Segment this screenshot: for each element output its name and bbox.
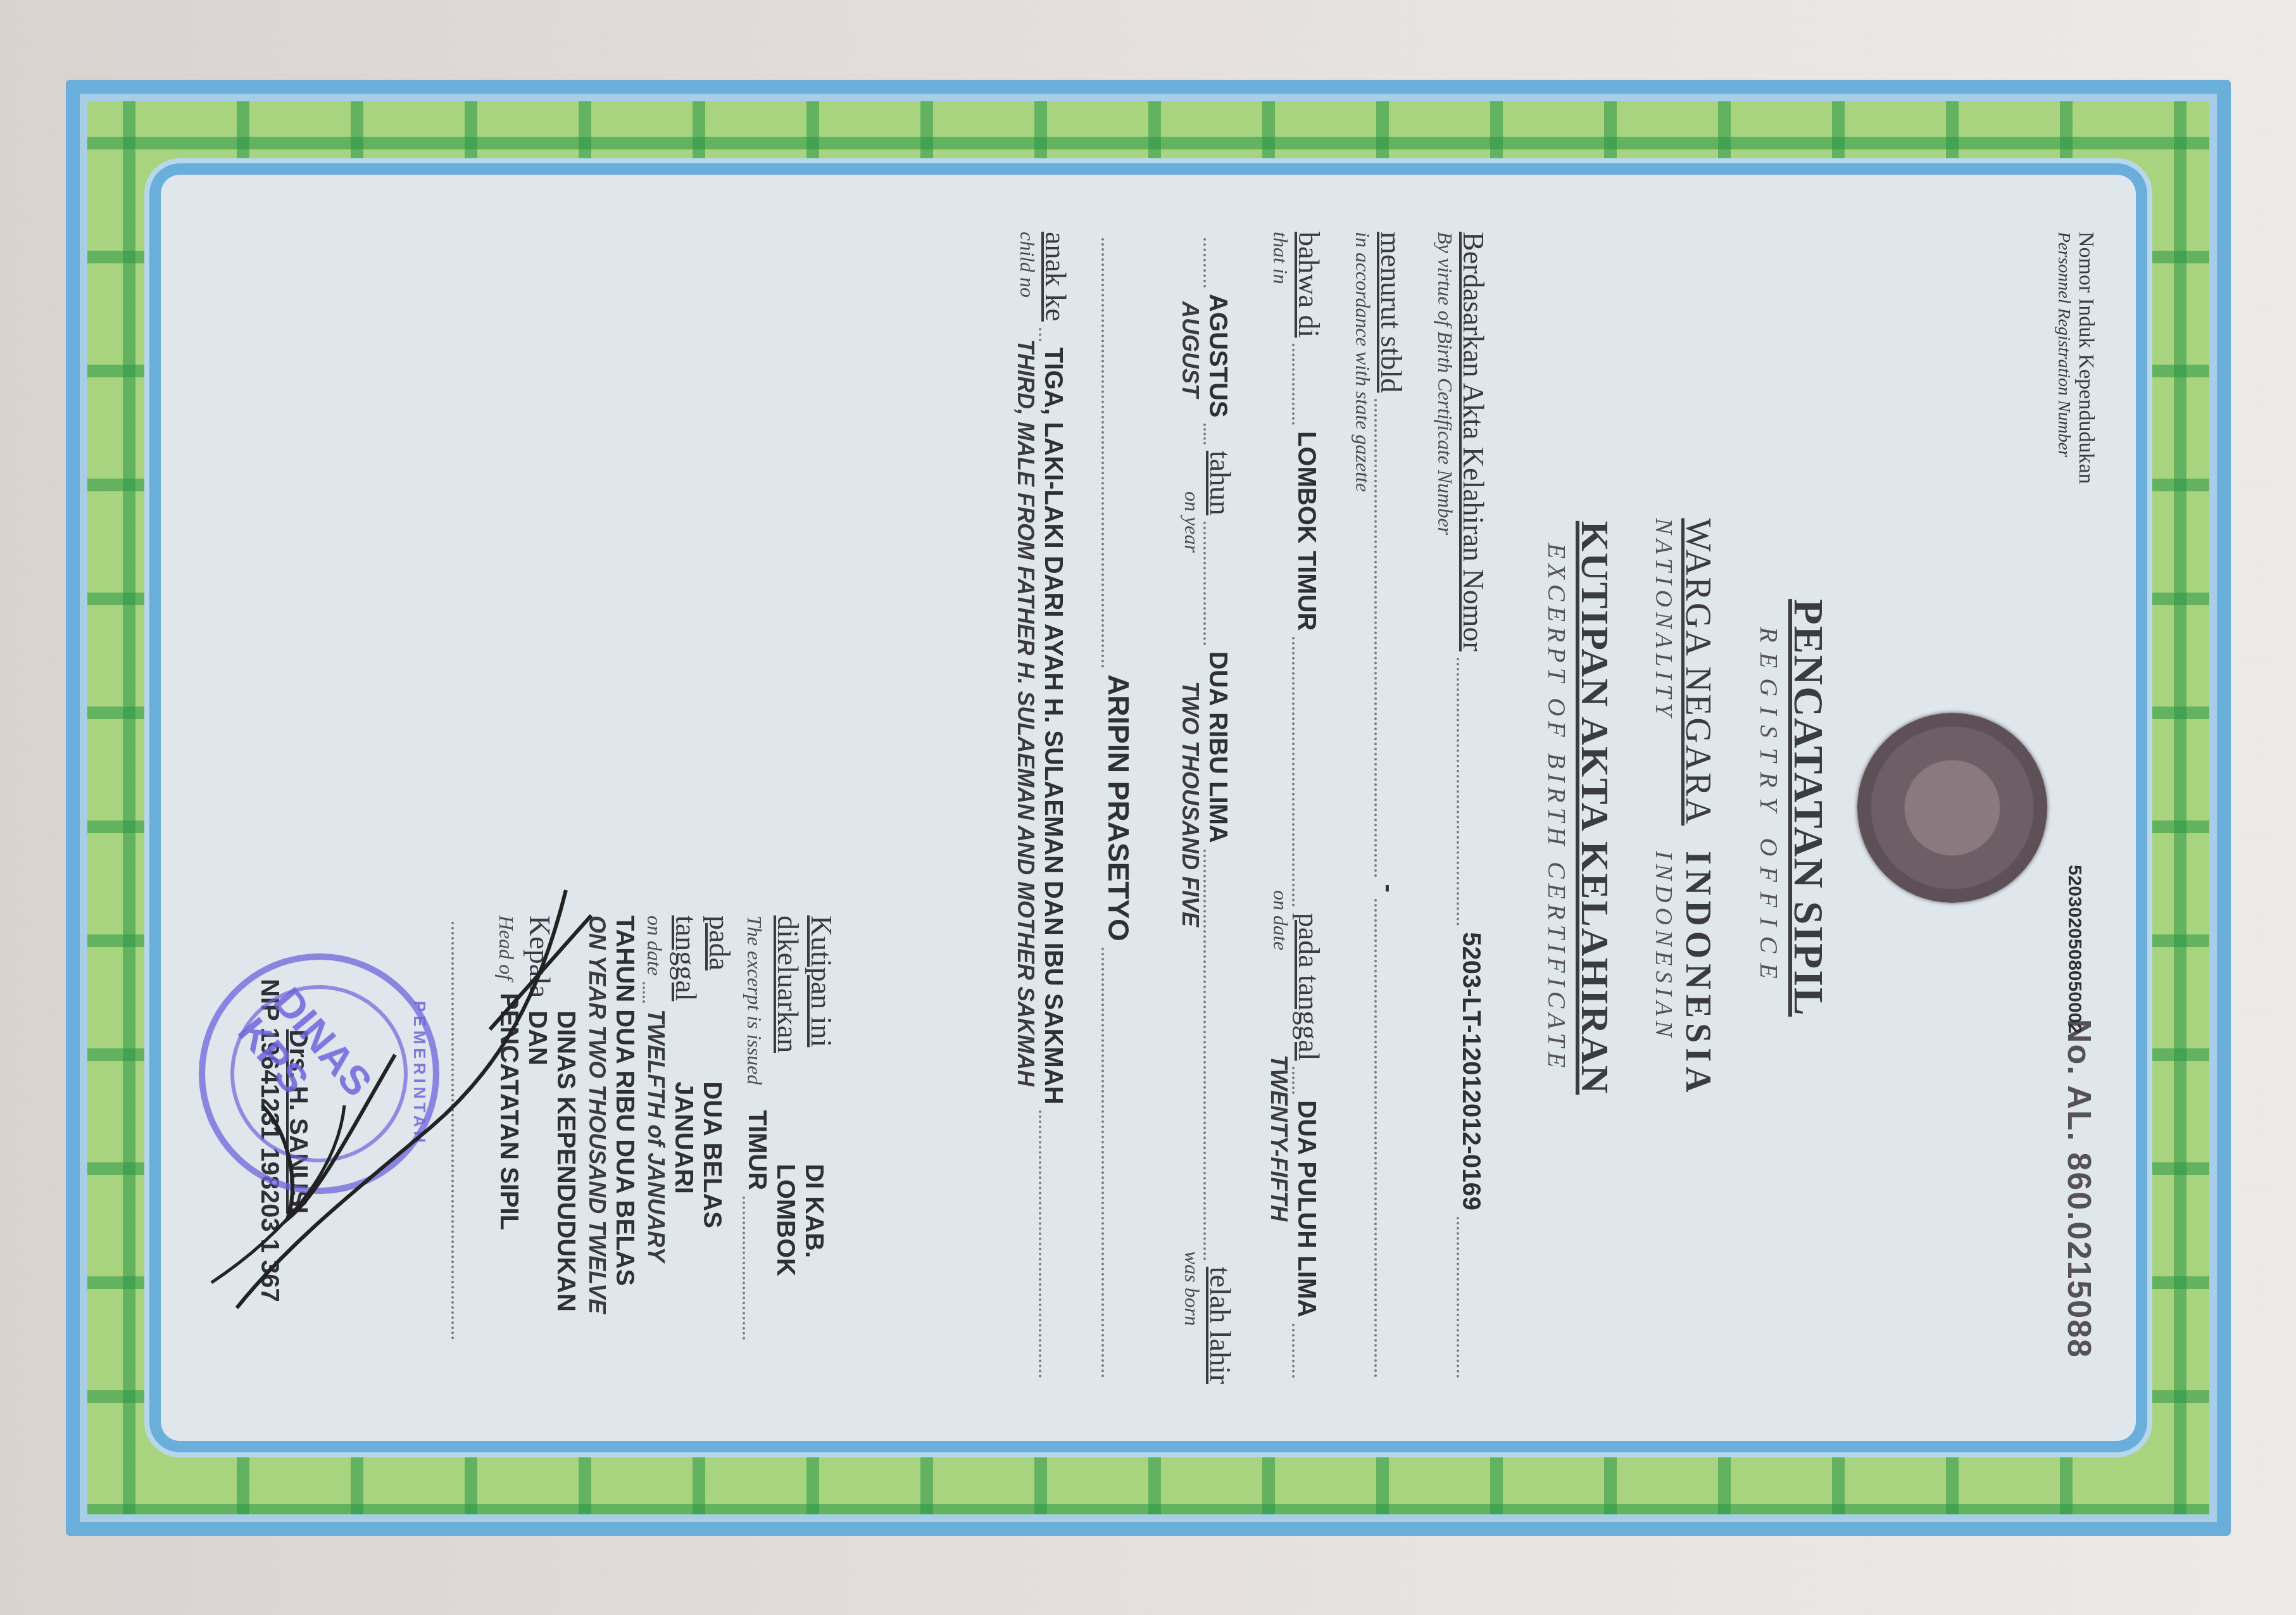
issued-label: Kutipan ini dikeluarkan (771, 915, 838, 1151)
year-label-en: on year (1177, 491, 1203, 681)
stamp-ring-text: PEMERINTAH (410, 960, 429, 1188)
place-value: LOMBOK TIMUR (1292, 430, 1321, 631)
cert-number-label-en: By virtue of Birth Certificate Number (1433, 232, 1457, 1384)
field-stbld: menurut stbld- in accordance with state … (1351, 232, 1408, 1384)
emblem-seal-icon (1857, 713, 2047, 903)
nationality: WARGA NEGARA NATIONALITY INDONESIA INDON… (1650, 232, 1718, 1384)
nationality-label: WARGA NEGARA (1678, 518, 1718, 826)
month-value: AGUSTUS (1203, 293, 1232, 417)
nationality-value: INDONESIA (1678, 851, 1718, 1097)
year-value-en: TWO THOUSAND FIVE (1177, 681, 1203, 1251)
office-title: PENCATATAN SIPIL REGISTRY OFFICE (1754, 232, 1832, 1384)
office-id: PENCATATAN SIPIL (1784, 232, 1832, 1384)
certificate-content: No. AL. 860.0215088 Nomor Induk Kependud… (218, 232, 2073, 1384)
date-value-en: TWENTY-FIFTH (1265, 1055, 1292, 1221)
issue-year-value: TAHUN DUA RIBU DUA BELAS (610, 915, 639, 1346)
head-value: DINAS KEPENDUDUKAN DAN (523, 1010, 580, 1346)
field-month-year: AGUSTUS tahun DUA RIBU LIMA telah lahir … (1177, 232, 1237, 1384)
year-value: DUA RIBU LIMA (1203, 651, 1232, 843)
child-no-label: anak ke (1039, 232, 1072, 322)
nik-label: Nomor Induk Kependudukan (2074, 232, 2098, 801)
issued-place: DI KAB. LOMBOK (771, 1164, 828, 1346)
issue-date-label-en: on date (643, 915, 666, 976)
child-no-value-en: THIRD, MALE FROM FATHER H. SULAEMAN AND … (1012, 339, 1039, 1086)
serial-number: No. AL. 860.0215088 (2060, 1019, 2098, 1358)
issue-date-value-en: TWELFTH of JANUARY (643, 1009, 669, 1262)
head-label-en: Head of (494, 915, 518, 980)
field-place-date: bahwa di LOMBOK TIMUR pada tanggal DUA P… (1265, 232, 1326, 1384)
nationality-value-en: INDONESIAN (1650, 851, 1678, 1097)
stbld-label-en: in accordance with state gazette (1351, 232, 1374, 1384)
document-title: KUTIPAN AKTA KELAHIRAN EXCERPT OF BIRTH … (1542, 232, 1617, 1384)
child-name-value: ARIPIN PRASETYO (1101, 674, 1136, 941)
title-en: EXCERPT OF BIRTH CERTIFICATE (1542, 232, 1572, 1384)
birth-certificate: No. AL. 860.0215088 Nomor Induk Kependud… (66, 80, 2231, 1536)
date-value: DUA PULUH LIMA (1292, 1100, 1321, 1317)
child-no-label-en: child no (1012, 232, 1039, 339)
date-label-en: on date (1265, 890, 1292, 1055)
issued-place-2: TIMUR (743, 1110, 771, 1190)
issue-date-value: DUA BELAS JANUARI (669, 1081, 726, 1346)
born-label-en: was born (1177, 1251, 1203, 1326)
date-label: pada tanggal (1292, 912, 1326, 1060)
place-label: bahwa di (1292, 232, 1326, 337)
issue-year-value-en: ON YEAR TWO THOUSAND TWELVE (584, 915, 610, 1346)
place-label-en: that in (1265, 232, 1292, 890)
field-child-name: ARIPIN PRASETYO (1101, 232, 1136, 1384)
title-id: KUTIPAN AKTA KELAHIRAN (1572, 232, 1617, 1384)
issued-label-en: The excerpt is issued (743, 915, 766, 1085)
office-en: REGISTRY OFFICE (1754, 232, 1784, 1384)
official-stamp: PEMERINTAH DINAS KPS (199, 953, 439, 1194)
month-value-en: AUGUST (1177, 232, 1203, 491)
born-label: telah lahir (1203, 1266, 1237, 1383)
field-child-no: anak keTIGA, LAKI-LAKI DARI AYAH H. SULA… (1012, 232, 1072, 1384)
head-label: Kepala (523, 915, 556, 998)
year-label: tahun (1203, 450, 1237, 515)
stbld-label: menurut stbld (1374, 232, 1408, 393)
personal-registration: Nomor Induk Kependudukan Personnel Regis… (2054, 232, 2098, 801)
nationality-label-en: NATIONALITY (1650, 518, 1678, 826)
issue-date-label: pada tanggal (669, 915, 736, 1062)
child-no-value: TIGA, LAKI-LAKI DARI AYAH H. SULAEMAN DA… (1039, 347, 1067, 1104)
stbld-value: - (1374, 884, 1403, 892)
cert-number-value: 5203-LT-12012012-0169 (1457, 932, 1485, 1210)
nik-label-en: Personnel Registration Number (2054, 232, 2074, 801)
cert-number-label: Berdasarkan Akta Kelahiran Nomor (1457, 232, 1490, 651)
field-cert-number: Berdasarkan Akta Kelahiran Nomor5203-LT-… (1433, 232, 1490, 1384)
nik-value: 5203020508050002 (2064, 865, 2085, 1034)
head-value-2: PENCATATAN SIPIL (494, 993, 523, 1230)
